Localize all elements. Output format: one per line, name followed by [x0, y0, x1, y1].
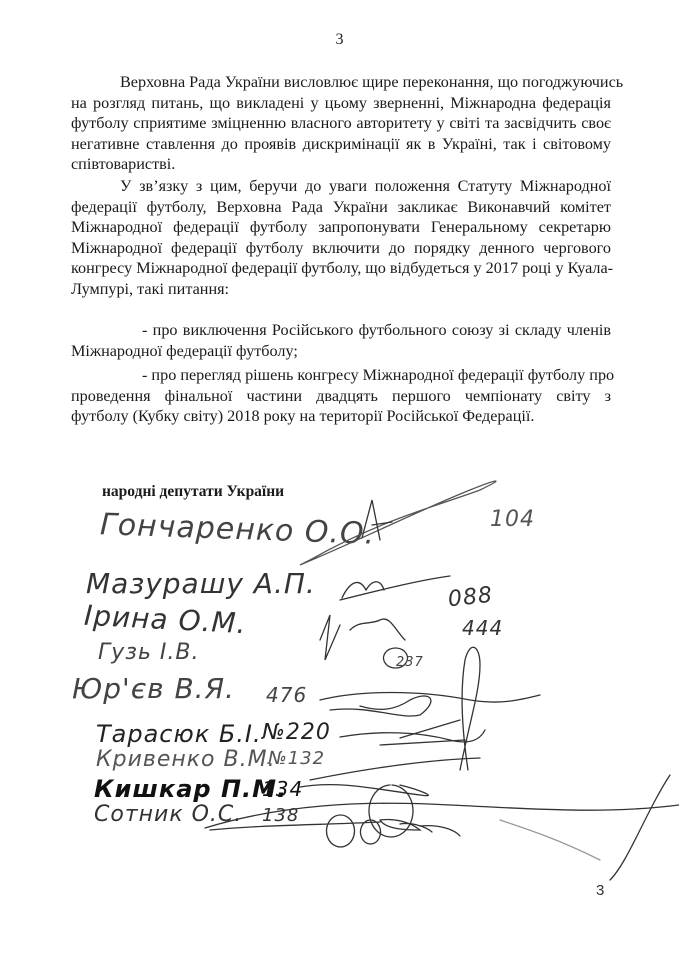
- signature-number: 138: [262, 805, 299, 826]
- text-line: конгресу Міжнародної федерації футболу, …: [71, 258, 611, 279]
- page-number-top: 3: [0, 31, 679, 49]
- page-number-bottom: 3: [596, 882, 604, 899]
- text-line: футболу сприятиме зміцненню власного авт…: [71, 113, 611, 134]
- paragraph-conviction: Верховна Рада України висловлює щире пер…: [71, 72, 611, 175]
- paragraph-appeal: У зв’язку з цим, беручи до уваги положен…: [71, 176, 611, 300]
- signers-title: народні депутати України: [102, 483, 284, 501]
- text-line: Міжнародної федерації футболу;: [71, 341, 611, 362]
- text-line: футболу (Кубку світу) 2018 року на терит…: [71, 406, 611, 427]
- text-line: на розгляд питань, що викладені у цьому …: [71, 93, 611, 114]
- text-line: - про перегляд рішень конгресу Міжнародн…: [71, 365, 611, 386]
- signature-number: №132: [268, 748, 325, 769]
- text-line: Міжнародної федерації футболу запропонув…: [71, 217, 611, 238]
- signature-number: №220: [262, 720, 331, 745]
- text-line: Лумпурі, такі питання:: [71, 279, 611, 300]
- signature-name: Ірина О.М.: [83, 599, 247, 640]
- text-line: федерації футболу, Верховна Рада України…: [71, 197, 611, 218]
- agenda-item-exclusion: - про виключення Російського футбольного…: [71, 320, 611, 361]
- text-line: Міжнародної федерації футболу включити д…: [71, 238, 611, 259]
- signature-name: Тарасюк Б.І.: [96, 720, 262, 748]
- signature-name: Мазурашу А.П.: [86, 567, 316, 600]
- signature-number: 444: [462, 616, 503, 640]
- signature-number: 237: [396, 655, 424, 670]
- signature-number: 104: [490, 507, 535, 532]
- text-line: співтоваристві.: [71, 154, 611, 175]
- text-line: У зв’язку з цим, беручи до уваги положен…: [71, 176, 611, 197]
- signature-name: Кишкар П.М.: [94, 775, 287, 803]
- signature-number: 476: [266, 683, 307, 707]
- signature-name: Юр'єв В.Я.: [72, 672, 235, 705]
- signature-number: 088: [447, 583, 494, 613]
- signature-name: Сотник О.С.: [94, 802, 242, 827]
- signature-name: Кривенко В.М.: [96, 747, 276, 772]
- text-line: - про виключення Російського футбольного…: [71, 320, 611, 341]
- signature-number: 134: [262, 777, 303, 801]
- agenda-item-world-cup: - про перегляд рішень конгресу Міжнародн…: [71, 365, 611, 427]
- text-line: негативне ставлення до проявів дискримін…: [71, 134, 611, 155]
- signature-name: Гузь І.В.: [98, 640, 200, 665]
- signature-name: Гончаренко О.О.: [99, 507, 375, 552]
- text-line: проведення фінальної частини двадцять пе…: [71, 386, 611, 407]
- text-line: Верховна Рада України висловлює щире пер…: [71, 72, 611, 93]
